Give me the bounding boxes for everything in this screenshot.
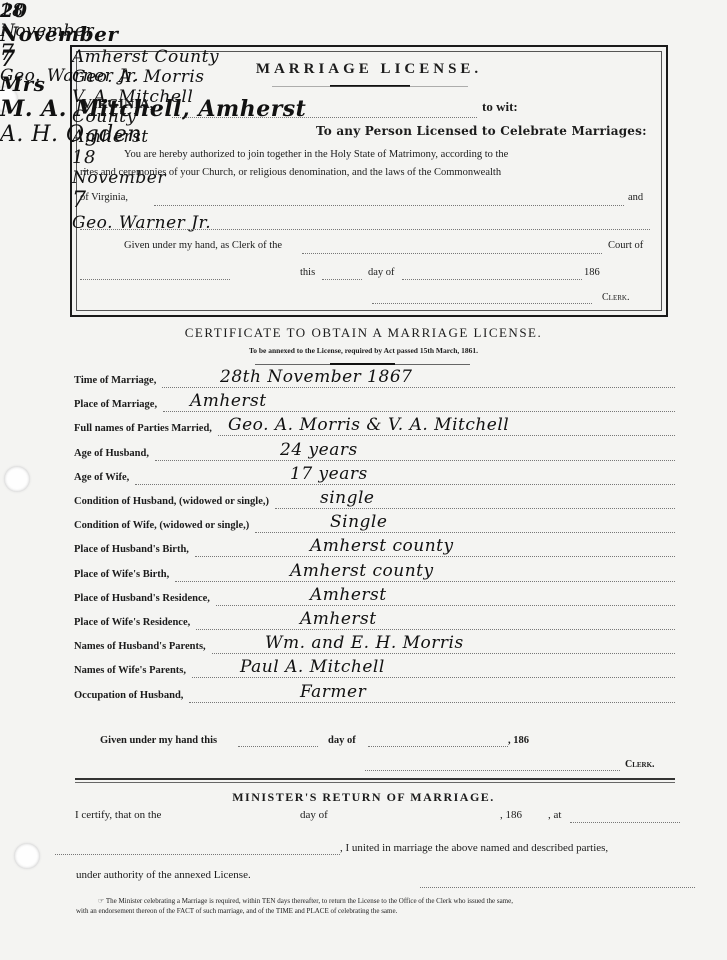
minister-year-suffix-handwritten: 7 (0, 46, 727, 72)
place-handwritten-1: Mrs (0, 72, 727, 96)
united-text: , I united in marriage the above named a… (340, 842, 608, 854)
minister-return-title: MINISTER'S RETURN OF MARRIAGE. (0, 790, 727, 805)
minister-return-section: MINISTER'S RETURN OF MARRIAGE. I certify… (0, 0, 727, 960)
minister-day-of-label: day of (300, 809, 328, 821)
minister-year-prefix: , 186 (500, 809, 522, 821)
minister-signature-line (420, 887, 695, 888)
authority-text: under authority of the annexed License. (76, 869, 251, 881)
minister-day-handwritten: 20 (0, 0, 727, 22)
minister-month-handwritten: November (0, 22, 727, 46)
footnote-line-1: ☞ The Minister celebrating a Marriage is… (98, 897, 513, 905)
footnote-line-2: with an endorsement thereon of the FACT … (76, 907, 397, 915)
i-certify-label: I certify, that on the (75, 809, 161, 821)
at-label: , at (548, 809, 561, 821)
place-handwritten-2: M. A. Mitchell, Amherst (0, 96, 727, 122)
minister-signature-handwritten: A. H. Ogden (0, 122, 727, 147)
place-line-1 (570, 822, 680, 823)
place-line-2 (55, 854, 340, 855)
